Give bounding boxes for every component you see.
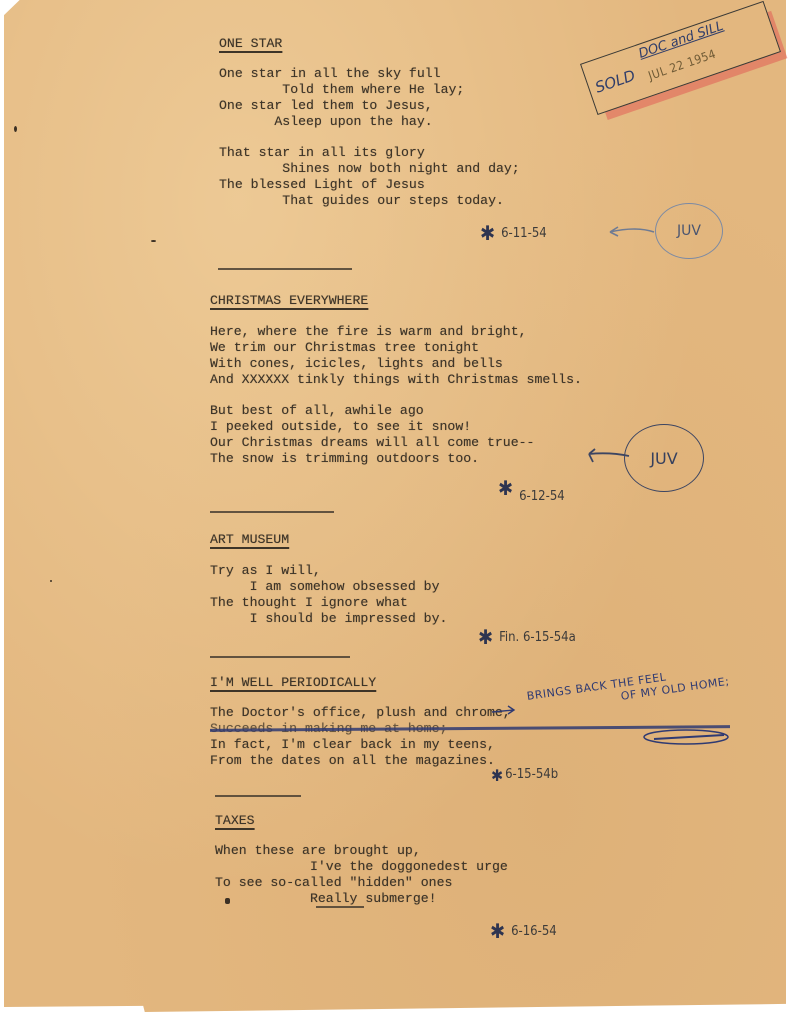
underline-really bbox=[316, 906, 364, 908]
poem-line: The thought I ignore what bbox=[210, 595, 408, 611]
paper-speck bbox=[14, 126, 17, 132]
poem-line: Really submerge! bbox=[215, 891, 437, 907]
date-mark: ✱Fin. 6-15-54a bbox=[478, 625, 576, 649]
poem-line: One star in all the sky full bbox=[219, 66, 441, 82]
date-mark: ✱6-12-54 bbox=[498, 476, 565, 500]
poem-line: Told them where He lay; bbox=[219, 82, 464, 98]
separator-rule bbox=[210, 656, 350, 658]
poem-line: I've the doggonedest urge bbox=[215, 859, 508, 875]
asterisk-mark-icon: ✱ bbox=[480, 221, 495, 245]
juv-annotation: JUV bbox=[655, 203, 723, 259]
insert-arrow-icon bbox=[490, 704, 520, 718]
poem-line: We trim our Christmas tree tonight bbox=[210, 340, 479, 356]
poem-line: When these are brought up, bbox=[215, 843, 421, 859]
poem-line: In fact, I'm clear back in my teens, bbox=[210, 737, 495, 753]
handwritten-scribble bbox=[640, 726, 735, 748]
poem-line: I peeked outside, to see it snow! bbox=[210, 419, 471, 435]
poem-line: From the dates on all the magazines. bbox=[210, 753, 495, 769]
separator-rule bbox=[210, 511, 334, 513]
poem-title-christmas-everywhere: CHRISTMAS EVERYWHERE bbox=[210, 293, 368, 309]
separator-rule bbox=[218, 268, 352, 270]
stamp-sold-label: SOLD bbox=[593, 66, 638, 96]
poem-line: I am somehow obsessed by bbox=[210, 579, 440, 595]
paper-speck bbox=[50, 580, 52, 582]
poem-title-im-well-periodically: I'M WELL PERIODICALLY bbox=[210, 675, 376, 691]
asterisk-mark-icon: ✱ bbox=[498, 476, 513, 500]
asterisk-mark-icon: ✱ bbox=[478, 625, 493, 649]
poem-title-art-museum: ART MUSEUM bbox=[210, 532, 289, 548]
poem-line: I should be impressed by. bbox=[210, 611, 447, 627]
separator-rule bbox=[215, 795, 301, 797]
poem-line: With cones, icicles, lights and bells bbox=[210, 356, 503, 372]
poem-line: Try as I will, bbox=[210, 563, 321, 579]
date-mark: ✱6-16-54 bbox=[490, 919, 557, 943]
poem-line: Here, where the fire is warm and bright, bbox=[210, 324, 527, 340]
poem-line: The Doctor's office, plush and chrome, bbox=[210, 705, 511, 721]
poem-line: But best of all, awhile ago bbox=[210, 403, 424, 419]
poem-line: That guides our steps today. bbox=[219, 193, 504, 209]
date-mark: ✱6-11-54 bbox=[480, 221, 547, 245]
juv-annotation: JUV bbox=[624, 424, 704, 492]
typewriter-mark bbox=[225, 898, 230, 904]
arrow-left-icon bbox=[606, 222, 656, 238]
poem-line: Our Christmas dreams will all come true-… bbox=[210, 435, 534, 451]
asterisk-mark-icon: ✱ bbox=[490, 919, 505, 943]
date-mark: ✱6-15-54b bbox=[491, 766, 558, 785]
poem-line: The blessed Light of Jesus bbox=[219, 177, 425, 193]
poem-line: To see so-called "hidden" ones bbox=[215, 875, 452, 891]
poem-title-one-star: ONE STAR bbox=[219, 36, 282, 52]
poem-line: The snow is trimming outdoors too. bbox=[210, 451, 479, 467]
paper-speck bbox=[151, 240, 156, 242]
poem-line: That star in all its glory bbox=[219, 145, 425, 161]
asterisk-mark-icon: ✱ bbox=[491, 766, 503, 785]
poem-title-taxes: TAXES bbox=[215, 813, 255, 829]
poem-line: And XXXXXX tinkly things with Christmas … bbox=[210, 372, 582, 388]
poem-line: One star led them to Jesus, bbox=[219, 98, 433, 114]
poem-line: Shines now both night and day; bbox=[219, 161, 520, 177]
poem-line: Asleep upon the hay. bbox=[219, 114, 433, 130]
